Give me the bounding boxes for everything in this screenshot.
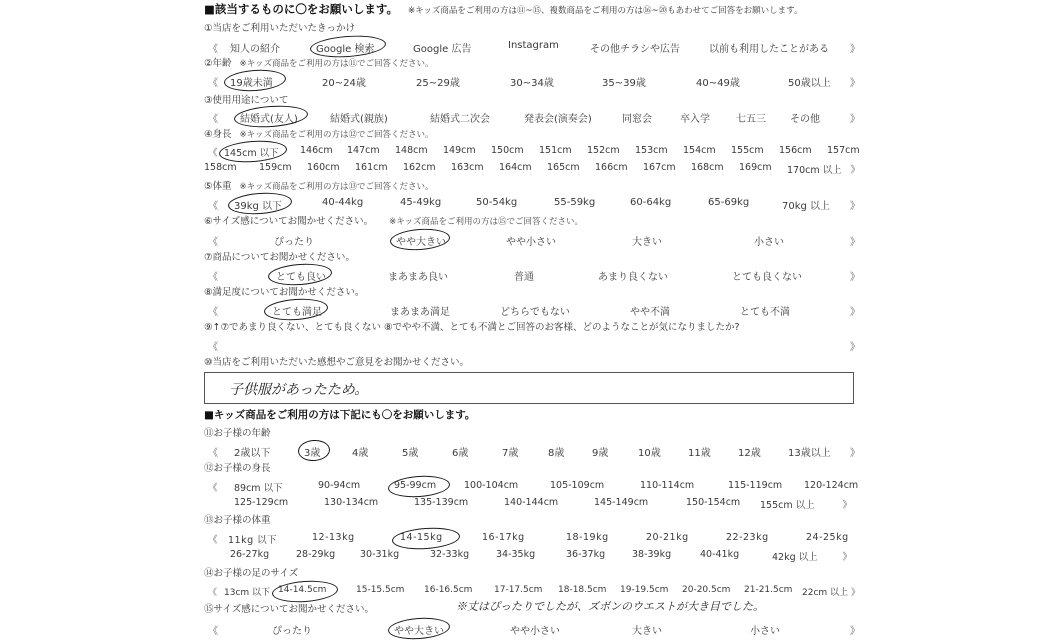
q6-option-selected[interactable]: やや大きい: [396, 233, 446, 248]
q11-option[interactable]: 5歳: [402, 444, 418, 459]
q6-label: ⑥サイズ感についてお聞かせください。※キッズ商品をご利用の方は⑮でご回答ください…: [204, 215, 583, 229]
q3-options: 《 結婚式(友人) 結婚式(親族) 結婚式二次会 発表会(演奏会) 同窓会 卒入…: [204, 110, 860, 124]
bracket-close: 》: [850, 268, 860, 283]
bracket-open: 《: [208, 40, 218, 55]
bracket-open: 《: [208, 444, 218, 459]
bracket-close: 》: [850, 197, 860, 212]
q5-option-selected[interactable]: 39kg 以下: [234, 197, 282, 212]
q6-options: 《 ぴったり やや大きい やや小さい 大きい 小さい 》: [204, 233, 860, 247]
q12-options-row2: 125-129cm 130-134cm 135-139cm 140-144cm …: [204, 497, 860, 511]
q8-options: 《 とても満足 まあまあ満足 どちらでもない やや不満 とても不満 》: [204, 303, 860, 317]
q3-label: ③使用用途について: [204, 94, 288, 108]
q13-option[interactable]: 28-29kg: [296, 549, 335, 560]
bracket-close: 》: [850, 303, 860, 318]
q1-option[interactable]: 知人の紹介: [230, 40, 280, 55]
q13-option-selected[interactable]: 14-15kg: [400, 532, 443, 543]
q12-option[interactable]: 140-144cm: [504, 497, 558, 508]
q1-option[interactable]: 以前も利用したことがある: [709, 40, 829, 55]
bracket-close: 》: [850, 74, 860, 89]
q4-option[interactable]: 155cm: [731, 145, 764, 156]
q15-option[interactable]: やや小さい: [510, 622, 560, 637]
q12-option[interactable]: 125-129cm: [234, 497, 288, 508]
q8-option[interactable]: やや不満: [630, 303, 670, 318]
q12-option[interactable]: 115-119cm: [728, 480, 782, 491]
q1-option[interactable]: Instagram: [508, 40, 559, 51]
q13-option[interactable]: 38-39kg: [632, 549, 671, 560]
q12-option[interactable]: 105-109cm: [550, 480, 604, 491]
q10-label: ⑩当店をご利用いただいた感想やご意見をお聞かせください。: [204, 356, 469, 370]
q14-option[interactable]: 21-21.5cm: [744, 585, 792, 595]
q3-option[interactable]: 七五三: [736, 110, 766, 125]
q9-answer-field[interactable]: 《 》: [204, 338, 860, 352]
q13-label: ⑬お子様の体重: [204, 514, 271, 528]
q6-option[interactable]: 小さい: [754, 233, 784, 248]
q4-option[interactable]: 164cm: [499, 162, 532, 173]
q14-option[interactable]: 22cm 以上: [802, 585, 848, 598]
bracket-close: 》: [850, 622, 860, 637]
bracket-close: 》: [850, 40, 860, 55]
q3-option[interactable]: 同窓会: [622, 110, 652, 125]
q14-label: ⑭お子様の足のサイズ: [204, 567, 298, 581]
q15-option-selected[interactable]: やや大きい: [394, 622, 444, 637]
q5-label: ⑤体重※キッズ商品をご利用の方は⑬でご回答ください。: [204, 180, 434, 194]
q3-option-selected[interactable]: 結婚式(友人): [240, 110, 298, 125]
bracket-close: 》: [850, 162, 860, 176]
q5-label-text: ⑤体重: [204, 181, 232, 192]
bracket-close: 》: [851, 585, 860, 598]
q11-option[interactable]: 13歳以上: [788, 444, 831, 459]
q7-option[interactable]: まあまあ良い: [388, 268, 448, 283]
bracket-close: 》: [842, 497, 852, 511]
q2-option[interactable]: 25~29歳: [416, 74, 460, 89]
bracket-open: 《: [208, 532, 218, 546]
q4-option[interactable]: 168cm: [691, 162, 724, 173]
q12-option[interactable]: 155cm 以上: [760, 497, 815, 511]
q9-label: ⑨↑⑦であまり良くない、とても良くない ⑧でやや不満、とても不満とご回答のお客様…: [204, 321, 740, 335]
q12-option[interactable]: 89cm 以下: [234, 480, 283, 494]
main-heading-note: ※キッズ商品をご利用の方は⑪~⑮、複数商品をご利用の方は⑯~⑳もあわせてご回答を…: [408, 6, 803, 16]
q3-option[interactable]: 結婚式二次会: [430, 110, 490, 125]
bracket-open: 《: [208, 110, 218, 125]
q14-option[interactable]: 17-17.5cm: [494, 585, 542, 595]
q7-option[interactable]: あまり良くない: [598, 268, 668, 283]
bracket-open: 《: [208, 622, 218, 637]
main-heading: ■該当するものに〇をお願いします。※キッズ商品をご利用の方は⑪~⑮、複数商品をご…: [204, 2, 802, 18]
q6-label-text: ⑥サイズ感についてお聞かせください。: [204, 216, 373, 227]
q3-option[interactable]: 発表会(演奏会): [524, 110, 592, 125]
q4-option[interactable]: 157cm: [827, 145, 860, 156]
q15-option[interactable]: 大きい: [632, 622, 662, 637]
q12-option[interactable]: 130-134cm: [324, 497, 378, 508]
q4-option[interactable]: 169cm: [739, 162, 772, 173]
q13-option[interactable]: 34-35kg: [496, 549, 535, 560]
q2-label-text: ②年齢: [204, 58, 232, 69]
q11-option[interactable]: 9歳: [592, 444, 608, 459]
q14-option[interactable]: 15-15.5cm: [356, 585, 404, 595]
q7-option[interactable]: 普通: [514, 268, 534, 283]
bracket-open: 《: [208, 480, 218, 494]
q8-option[interactable]: どちらでもない: [500, 303, 570, 318]
q4-option[interactable]: 165cm: [547, 162, 580, 173]
q13-option[interactable]: 16-17kg: [482, 532, 525, 543]
q5-option[interactable]: 40-44kg: [322, 197, 363, 208]
survey-form: ■該当するものに〇をお願いします。※キッズ商品をご利用の方は⑪~⑮、複数商品をご…: [0, 0, 1060, 640]
q4-option[interactable]: 150cm: [491, 145, 524, 156]
q4-option[interactable]: 151cm: [539, 145, 572, 156]
q11-label: ⑪お子様の年齢: [204, 427, 271, 441]
bracket-close: 》: [850, 233, 860, 248]
q1-option-selected[interactable]: Google 検索: [316, 40, 374, 55]
q1-label: ①当店をご利用いただいたきっかけ: [204, 22, 355, 36]
q11-option[interactable]: 2歳以下: [234, 444, 270, 459]
q4-option[interactable]: 161cm: [355, 162, 388, 173]
q8-option[interactable]: とても不満: [740, 303, 790, 318]
bracket-close: 》: [850, 110, 860, 125]
q12-option[interactable]: 120-124cm: [804, 480, 858, 491]
q1-option[interactable]: Google 広告: [413, 40, 471, 55]
q5-option[interactable]: 65-69kg: [708, 197, 749, 208]
q13-options-row2: 26-27kg 28-29kg 30-31kg 32-33kg 34-35kg …: [204, 549, 860, 563]
q11-option[interactable]: 7歳: [502, 444, 518, 459]
q4-option[interactable]: 156cm: [779, 145, 812, 156]
q2-option[interactable]: 40~49歳: [696, 74, 740, 89]
q13-option[interactable]: 24-25kg: [806, 532, 849, 543]
q4-label: ④身長※キッズ商品をご利用の方は⑫でご回答ください。: [204, 128, 434, 142]
q11-options: 《 2歳以下 3歳 4歳 5歳 6歳 7歳 8歳 9歳 10歳 11歳 12歳 …: [204, 444, 860, 458]
q15-option[interactable]: 小さい: [750, 622, 780, 637]
q8-option-selected[interactable]: とても満足: [272, 303, 322, 318]
q14-option[interactable]: 20-20.5cm: [682, 585, 730, 595]
q12-option[interactable]: 135-139cm: [414, 497, 468, 508]
q5-option[interactable]: 50-54kg: [476, 197, 517, 208]
q12-option[interactable]: 145-149cm: [594, 497, 648, 508]
q12-option-selected[interactable]: 95-99cm: [394, 480, 436, 491]
q14-option[interactable]: 16-16.5cm: [424, 585, 472, 595]
q2-note: ※キッズ商品をご利用の方は⑪でご回答ください。: [240, 59, 434, 69]
q12-option[interactable]: 110-114cm: [640, 480, 694, 491]
q14-option[interactable]: 19-19.5cm: [620, 585, 668, 595]
q4-option[interactable]: 147cm: [347, 145, 380, 156]
q11-option[interactable]: 8歳: [548, 444, 564, 459]
q5-options: 《 39kg 以下 40-44kg 45-49kg 50-54kg 55-59k…: [204, 197, 860, 211]
q13-option[interactable]: 12-13kg: [312, 532, 355, 543]
q12-option[interactable]: 90-94cm: [318, 480, 360, 491]
q4-option[interactable]: 152cm: [587, 145, 620, 156]
q4-option[interactable]: 162cm: [403, 162, 436, 173]
q4-option-selected[interactable]: 145cm 以下: [224, 145, 279, 159]
bracket-close: 》: [850, 338, 860, 353]
q4-option[interactable]: 166cm: [595, 162, 628, 173]
q2-option[interactable]: 50歳以上: [788, 74, 831, 89]
q6-option[interactable]: 大きい: [632, 233, 662, 248]
q2-label: ②年齢※キッズ商品をご利用の方は⑪でご回答ください。: [204, 57, 434, 71]
q12-option[interactable]: 150-154cm: [686, 497, 740, 508]
q15-options: 《 ぴったり やや大きい やや小さい 大きい 小さい 》: [204, 622, 860, 636]
q15-option[interactable]: ぴったり: [272, 622, 312, 637]
q13-option[interactable]: 22-23kg: [726, 532, 769, 543]
q4-option[interactable]: 163cm: [451, 162, 484, 173]
q15-handwritten-note: ※丈はぴったりでしたが、ズボンのウエストが大き目でした。: [456, 598, 764, 614]
q14-option[interactable]: 18-18.5cm: [558, 585, 606, 595]
q13-option[interactable]: 11kg 以下: [228, 532, 277, 546]
q2-option[interactable]: 35~39歳: [602, 74, 646, 89]
q4-label-text: ④身長: [204, 129, 232, 140]
bracket-open: 《: [208, 338, 218, 353]
q4-option[interactable]: 170cm 以上: [787, 162, 842, 176]
q13-option[interactable]: 30-31kg: [360, 549, 399, 560]
q7-label: ⑦商品についてお聞かせください。: [204, 251, 355, 265]
q13-options-row1: 《 11kg 以下 12-13kg 14-15kg 16-17kg 18-19k…: [204, 532, 860, 546]
q4-option[interactable]: 159cm: [259, 162, 292, 173]
q4-options-row2: 158cm 159cm 160cm 161cm 162cm 163cm 164c…: [204, 162, 860, 176]
q13-option[interactable]: 32-33kg: [430, 549, 469, 560]
q12-label: ⑫お子様の身長: [204, 462, 271, 476]
q14-option[interactable]: 13cm 以下: [224, 585, 270, 598]
bracket-open: 《: [208, 585, 217, 598]
q3-option[interactable]: 結婚式(親族): [330, 110, 388, 125]
q4-option[interactable]: 167cm: [643, 162, 676, 173]
q5-option[interactable]: 55-59kg: [554, 197, 595, 208]
bracket-open: 《: [208, 74, 218, 89]
q11-option[interactable]: 10歳: [638, 444, 661, 459]
bracket-open: 《: [208, 303, 218, 318]
q11-option[interactable]: 11歳: [688, 444, 711, 459]
q1-option[interactable]: その他チラシや広告: [590, 40, 680, 55]
q12-options-row1: 《 89cm 以下 90-94cm 95-99cm 100-104cm 105-…: [204, 480, 860, 494]
q7-option[interactable]: とても良くない: [732, 268, 802, 283]
q4-options-row1: 《 145cm 以下 146cm 147cm 148cm 149cm 150cm…: [204, 145, 860, 159]
main-heading-text: ■該当するものに〇をお願いします。: [204, 2, 398, 16]
bracket-open: 《: [208, 145, 218, 159]
q2-option[interactable]: 30~34歳: [510, 74, 554, 89]
q15-label: ⑮サイズ感についてお聞かせください。: [204, 603, 374, 617]
q13-option[interactable]: 40-41kg: [700, 549, 739, 560]
q7-options: 《 とても良い まあまあ良い 普通 あまり良くない とても良くない 》: [204, 268, 860, 282]
q4-option[interactable]: 146cm: [300, 145, 333, 156]
q6-option[interactable]: やや小さい: [506, 233, 556, 248]
q7-option-selected[interactable]: とても良い: [276, 268, 326, 283]
q5-note: ※キッズ商品をご利用の方は⑬でご回答ください。: [240, 182, 434, 192]
q1-options: 《 知人の紹介 Google 検索 Google 広告 Instagram その…: [204, 40, 860, 54]
bracket-close: 》: [842, 549, 852, 563]
q14-options: 《 13cm 以下 14-14.5cm 15-15.5cm 16-16.5cm …: [204, 585, 860, 599]
q11-option-selected[interactable]: 3歳: [304, 444, 320, 459]
q8-option[interactable]: まあまあ満足: [390, 303, 450, 318]
q4-option[interactable]: 154cm: [683, 145, 716, 156]
q13-option[interactable]: 36-37kg: [566, 549, 605, 560]
q2-option-selected[interactable]: 19歳未満: [230, 74, 273, 89]
q11-option[interactable]: 12歳: [738, 444, 761, 459]
q13-option[interactable]: 26-27kg: [230, 549, 269, 560]
q3-option[interactable]: その他: [790, 110, 820, 125]
q4-option[interactable]: 158cm: [204, 162, 237, 173]
bracket-close: 》: [850, 444, 860, 459]
q2-option[interactable]: 20~24歳: [322, 74, 366, 89]
q6-note: ※キッズ商品をご利用の方は⑮でご回答ください。: [389, 217, 583, 227]
q10-comment-box[interactable]: 子供服があったため。: [204, 372, 854, 404]
q4-option[interactable]: 160cm: [307, 162, 340, 173]
q12-option[interactable]: 100-104cm: [464, 480, 518, 491]
q8-label: ⑧満足度についてお聞かせください。: [204, 286, 364, 300]
q5-option[interactable]: 70kg 以上: [782, 197, 830, 212]
q4-option[interactable]: 149cm: [443, 145, 476, 156]
q11-option[interactable]: 6歳: [452, 444, 468, 459]
q14-option-selected[interactable]: 14-14.5cm: [278, 585, 326, 595]
q4-option[interactable]: 153cm: [635, 145, 668, 156]
q4-option[interactable]: 148cm: [395, 145, 428, 156]
q2-options: 《 19歳未満 20~24歳 25~29歳 30~34歳 35~39歳 40~4…: [204, 74, 860, 88]
q10-handwritten-answer: 子供服があったため。: [229, 379, 368, 399]
q6-option[interactable]: ぴったり: [274, 233, 314, 248]
q11-option[interactable]: 4歳: [352, 444, 368, 459]
q13-option[interactable]: 42kg 以上: [772, 549, 818, 563]
q5-option[interactable]: 45-49kg: [400, 197, 441, 208]
q13-option[interactable]: 18-19kg: [566, 532, 609, 543]
q3-option[interactable]: 卒入学: [680, 110, 710, 125]
q13-option[interactable]: 20-21kg: [646, 532, 689, 543]
bracket-open: 《: [208, 233, 218, 248]
q5-option[interactable]: 60-64kg: [630, 197, 671, 208]
kids-heading: ■キッズ商品をご利用の方は下記にも〇をお願いします。: [204, 408, 475, 422]
bracket-open: 《: [208, 268, 218, 283]
bracket-open: 《: [208, 197, 218, 212]
q4-note: ※キッズ商品をご利用の方は⑫でご回答ください。: [240, 130, 434, 140]
